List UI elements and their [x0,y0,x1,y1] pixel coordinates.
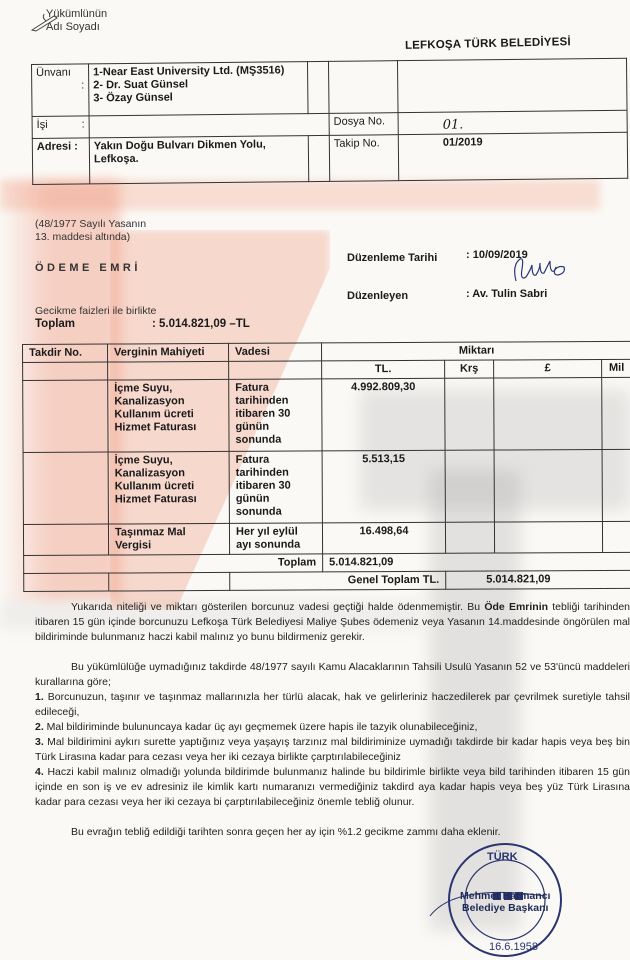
isi-label-cell: İşi: [32,116,89,139]
unvan-label-cell: Ünvanı: [32,64,90,117]
late-interest-note: Gecikme faizleri ile birlikte [35,305,156,317]
notice-paragraph-2: Bu yükümlülüğe uymadığınız takdirde 48/1… [35,660,630,690]
issue-date-label: Düzenleme Tarihi [347,252,437,264]
municipality-name: LEFKOŞA TÜRK BELEDİYESİ [405,36,571,52]
notice-paragraph-1: Yukarıda niteliği ve miktarı gösterilen … [35,600,630,644]
consequence-item-3: 3. Mal bildirimini aykırı surette yaptığ… [35,735,630,765]
adres-value: Yakın Doğu Bulvarı Dikmen Yolu, Lefkoşa. [89,136,308,184]
issuer-value: : Av. Tulin Sabri [466,288,547,300]
dosya-value: 01. [398,110,627,134]
col-miktar: Miktarı [321,341,630,361]
svg-text:TÜRK: TÜRK [487,850,518,863]
col-krs: Krş [445,360,494,378]
dosya-label: Dosya No. [329,113,398,136]
issuer-label: Düzenleyen [347,290,408,302]
table-row: Taşınmaz Mal Vergisi Her yıl eylül ayı s… [23,521,630,555]
isi-value [89,113,329,138]
amount-tl: 5.513,15 [322,450,445,523]
unvan-value-cell: 1-Near East University Ltd. (MŞ3516) 2- … [89,62,309,116]
consequence-item-2: 2. Mal bildiriminde bulununcaya kadar üç… [35,720,630,735]
amount-tl: 4.992.809,30 [322,378,445,451]
table-row: İçme Suyu, Kanalizasyon Kullanım ücreti … [23,449,630,524]
col-tl: TL. [322,360,445,379]
taxpayer-info-table: Ünvanı: 1-Near East University Ltd. (MŞ3… [31,58,628,185]
grand-total-value: 5.014.821,09 [446,570,630,589]
consequence-item-1: 1. Borcunuzun, taşınır ve taşınmaz malla… [35,690,630,720]
subtotal-value: 5.014.821,09 [323,552,630,572]
owner-name-label: Yükümlünün Adı Soyadı [40,8,107,34]
pen-icon [30,12,60,32]
grand-total-label: Genel Toplam TL. [230,571,446,590]
debt-table: Takdir No. Verginin Mahiyeti Vadesi Mikt… [22,341,630,592]
signature-icon [510,255,570,285]
takip-label: Takip No. [329,135,398,182]
watermark-band [0,180,600,210]
amount-tl: 16.498,64 [322,522,445,554]
grand-total-row: Genel Toplam TL. 5.014.821,09 [24,570,630,591]
takip-value: 01/2019 [398,132,627,180]
col-mahiyet: Verginin Mahiyeti [108,343,229,362]
col-mil: Mil [602,359,630,377]
col-takdir-no: Takdir No. [23,344,108,362]
mayor-signature-block: Mehmet Harmancı Belediye Başkanı [460,890,550,914]
col-vade: Vadesi [228,343,321,361]
table-row: İçme Suyu, Kanalizasyon Kullanım ücreti … [23,377,630,452]
law-reference: (48/1977 Sayılı Yasanın 13. maddesi altı… [35,218,146,244]
col-gbp: £ [494,359,602,378]
consequence-item-4: 4. Haczi kabil malınız olmadığı yolunda … [35,765,630,809]
svg-text:16.6.1958: 16.6.1958 [489,941,538,953]
document-title: ÖDEME EMRİ [35,262,141,274]
subtotal-label: Toplam [24,554,323,574]
total-summary: Toplam : 5.014.821,09 –TL [35,318,75,330]
adres-label: Adresi : [32,138,89,185]
total-summary-value: : 5.014.821,09 –TL [152,318,250,330]
